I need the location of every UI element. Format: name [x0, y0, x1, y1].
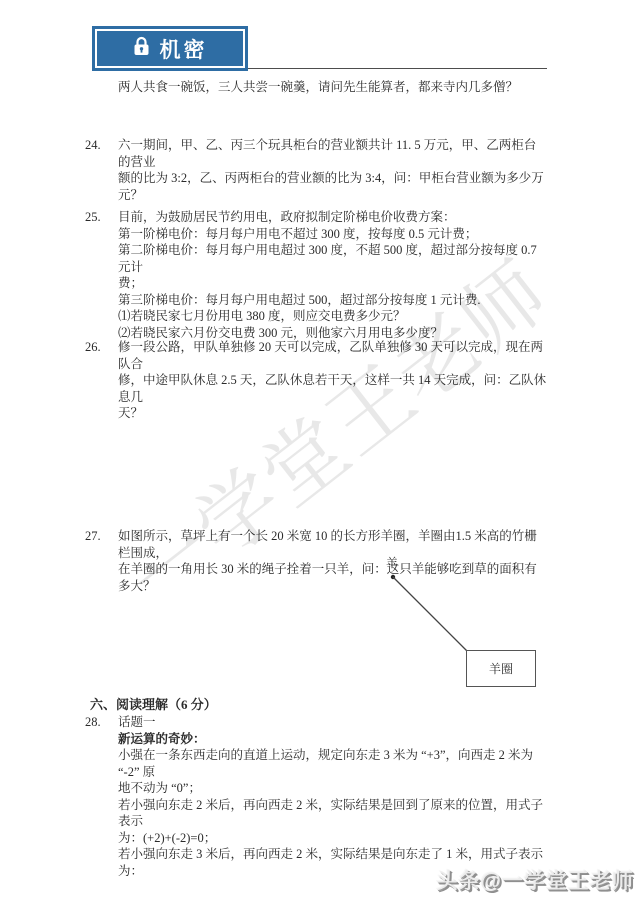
diagram-rope-line [384, 568, 484, 660]
confidential-stamp-label: 机密 [160, 34, 208, 64]
confidential-stamp-frame: 机密 [95, 29, 245, 68]
question-26-line: 修一段公路，甲队单独修 20 天可以完成，乙队单独修 30 天可以完成，现在两队… [118, 339, 548, 372]
footer-credit: 头条@一学堂王老师 [437, 865, 634, 895]
question-26-number: 26. [85, 339, 118, 422]
question-28-body: 话题一 新运算的奇妙： 小强在一条东西走向的直道上运动，规定向东走 3 米为 “… [118, 714, 548, 879]
question-28-line: 地不动为 “0”； [118, 780, 548, 797]
question-25-line: 目前，为鼓励居民节约用电，政府拟制定阶梯电价收费方案： [118, 209, 548, 226]
question-28-number: 28. [85, 714, 118, 879]
question-25-line: 费； [118, 275, 548, 292]
question-25-line: ⑴若晓民家七月份用电 380 度，则应交电费多少元？ [118, 308, 548, 325]
question-26-body: 修一段公路，甲队单独修 20 天可以完成，乙队单独修 30 天可以完成，现在两队… [118, 339, 548, 422]
question-26: 26. 修一段公路，甲队单独修 20 天可以完成，乙队单独修 30 天可以完成，… [85, 339, 548, 422]
question-24: 24. 六一期间，甲、乙、丙三个玩具柜台的营业额共计 11. 5 万元，甲、乙两… [85, 137, 548, 203]
question-28-topic: 话题一 [118, 714, 548, 731]
question-25-line: 第三阶梯电价：每月每户用电超过 500，超过部分按每度 1 元计费. [118, 292, 548, 309]
header-rule-line [248, 68, 547, 69]
question-25-number: 25. [85, 209, 118, 341]
question-28: 28. 话题一 新运算的奇妙： 小强在一条东西走向的直道上运动，规定向东走 3 … [85, 714, 548, 879]
question-24-line: 额的比为 3:2，乙、丙两柜台的营业额的比为 3:4，问：甲柜台营业额为多少万元… [118, 170, 548, 203]
section-6-heading: 六、阅读理解（6 分） [90, 697, 217, 713]
lock-icon [133, 36, 150, 61]
question-27-number: 27. [85, 528, 118, 594]
question-27-line: 如图所示，草坪上有一个长 20 米宽 10 的长方形羊圈，羊圈由1.5 米高的竹… [118, 528, 548, 561]
question-28-line: 小强在一条东西走向的直道上运动，规定向东走 3 米为 “+3”，向西走 2 米为… [118, 747, 548, 780]
question-24-line: 六一期间，甲、乙、丙三个玩具柜台的营业额共计 11. 5 万元，甲、乙两柜台的营… [118, 137, 548, 170]
question-25: 25. 目前，为鼓励居民节约用电，政府拟制定阶梯电价收费方案： 第一阶梯电价：每… [85, 209, 548, 341]
confidential-stamp: 机密 [92, 26, 248, 71]
question-24-body: 六一期间，甲、乙、丙三个玩具柜台的营业额共计 11. 5 万元，甲、乙两柜台的营… [118, 137, 548, 203]
diagram-sheep-pen: 羊圈 [466, 650, 536, 687]
question-25-body: 目前，为鼓励居民节约用电，政府拟制定阶梯电价收费方案： 第一阶梯电价：每月每户用… [118, 209, 548, 341]
question-26-line: 天？ [118, 405, 548, 422]
question-25-line: 第二阶梯电价：每月每户用电超过 300 度，不超 500 度，超过部分按每度 0… [118, 242, 548, 275]
question-24-number: 24. [85, 137, 118, 203]
question-25-line: 第一阶梯电价：每月每户用电不超过 300 度，按每度 0.5 元计费； [118, 226, 548, 243]
question-28-subtitle: 新运算的奇妙： [118, 731, 548, 748]
exam-page: 机密 一学堂王老师 两人共食一碗饭，三人共尝一碗羹，请问先生能算者，都来寺内几多… [0, 0, 640, 904]
intro-line: 两人共食一碗饭，三人共尝一碗羹，请问先生能算者，都来寺内几多僧？ [118, 79, 518, 96]
diagram-sheep-pen-label: 羊圈 [489, 660, 513, 677]
question-28-line: 为：(+2)+(-2)=0； [118, 830, 548, 847]
question-26-line: 修，中途甲队休息 2.5 天，乙队休息若干天，这样一共 14 天完成，问：乙队休… [118, 372, 548, 405]
question-28-line: 若小强向东走 2 米后，再向西走 2 米，实际结果是回到了原来的位置，用式子表示 [118, 797, 548, 830]
